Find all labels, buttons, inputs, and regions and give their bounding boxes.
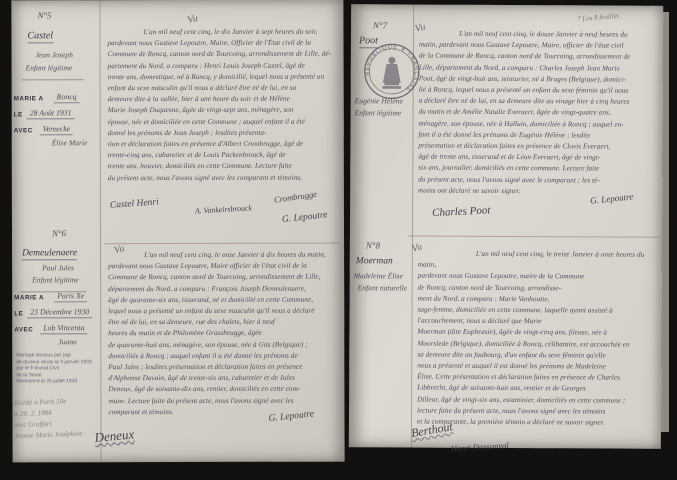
margin-filiation: Enfant légitime (355, 108, 402, 117)
spouse-name: Lob Vincenta (40, 323, 87, 334)
margin-given-names: Eugénie Hélène (355, 96, 403, 105)
seal-figure (383, 57, 401, 88)
spouse-name: Vereecke (40, 124, 73, 135)
signature-witness-2: Henri Dassonval (451, 440, 509, 454)
margin-rule (99, 0, 101, 462)
margin-filiation: Enfant naturelle (358, 283, 407, 292)
married-at-value: Roncq (54, 92, 80, 103)
married-with-label: AVEC (14, 127, 33, 134)
signature-witness-1: A. Vankeirsbrouck (195, 203, 252, 215)
signature-witness: Deneux (94, 426, 135, 445)
record-number: N°7 (373, 20, 387, 30)
spouse-name-2: Juana (58, 337, 77, 346)
married-date-label: LE (14, 310, 23, 317)
married-at-label: MARIE A (14, 95, 44, 102)
record-number: N°5 (37, 10, 51, 20)
margin-surname: Demeulenaere (22, 248, 77, 260)
margin-filiation: Enfant légitime (26, 63, 73, 72)
act-body-text: L'an mil neuf cent cinq, le douze Janvie… (418, 29, 657, 198)
record-separator (104, 243, 340, 245)
margin-given-names: Jean Joseph (36, 50, 73, 59)
margin-given-names: Paul Jules (42, 263, 74, 272)
married-date-value: 23 Décembre 1930 (27, 307, 92, 318)
married-date-label: LE (14, 111, 23, 118)
married-date-value: 28 Août 1931 (27, 108, 75, 119)
republique-francaise-seal: RÉPUBLIQUE ✶ FRANÇAISE (363, 42, 421, 100)
signature-declarant: Castel Henri (110, 197, 159, 211)
married-at-value: Paris Xe (54, 291, 87, 302)
spouse-name-2: Élise Marie (52, 138, 88, 147)
margin-dash (22, 79, 84, 80)
register-page-left: N°5 Castel Jean Joseph Enfant légitime M… (11, 0, 344, 462)
pencil-folio-note: 7 f.os 8 feuillet. (577, 12, 621, 24)
act-body-text: L'an mil neuf cent cinq, le dix Janvier … (107, 27, 341, 184)
margin-surname: Castel (27, 30, 53, 43)
record-separator (408, 235, 660, 237)
register-page-right: 7 f.os 8 feuillet. N°7 Poot RÉPUBLIQUE ✶… (349, 4, 663, 449)
vu-paraph: Vu (186, 13, 199, 26)
signature-declarant: Charles Poot (432, 204, 491, 219)
record-number: N°6 (52, 228, 66, 238)
signature-witness-2: Crombrugge (273, 189, 317, 205)
record-8: N°8 Moerman Madeleine Élise Enfant natur… (351, 4, 663, 6)
married-with-label: AVEC (14, 326, 33, 333)
margin-surname: Moerman (356, 256, 393, 267)
married-at-label: MARIE A (14, 294, 44, 301)
divorce-mention-stamp: Mariage dissous par jugt de divorce rend… (16, 352, 108, 385)
record-7: N°7 Poot RÉPUBLIQUE ✶ FRANÇAISE Eugénie … (351, 4, 663, 6)
margin-given-names: Madeleine Élise (354, 271, 403, 280)
register-spread: N°5 Castel Jean Joseph Enfant légitime M… (0, 0, 677, 480)
margin-filiation: Enfant légitime (32, 275, 79, 284)
act-body-text: L'an mil neuf cent cinq, le treize Janvi… (417, 249, 658, 430)
act-body-text: L'an mil neuf cent cinq, le onze Janvier… (108, 250, 342, 419)
signature-mayor: G. Lepoutre (282, 210, 328, 225)
record-number: N°8 (366, 240, 380, 250)
